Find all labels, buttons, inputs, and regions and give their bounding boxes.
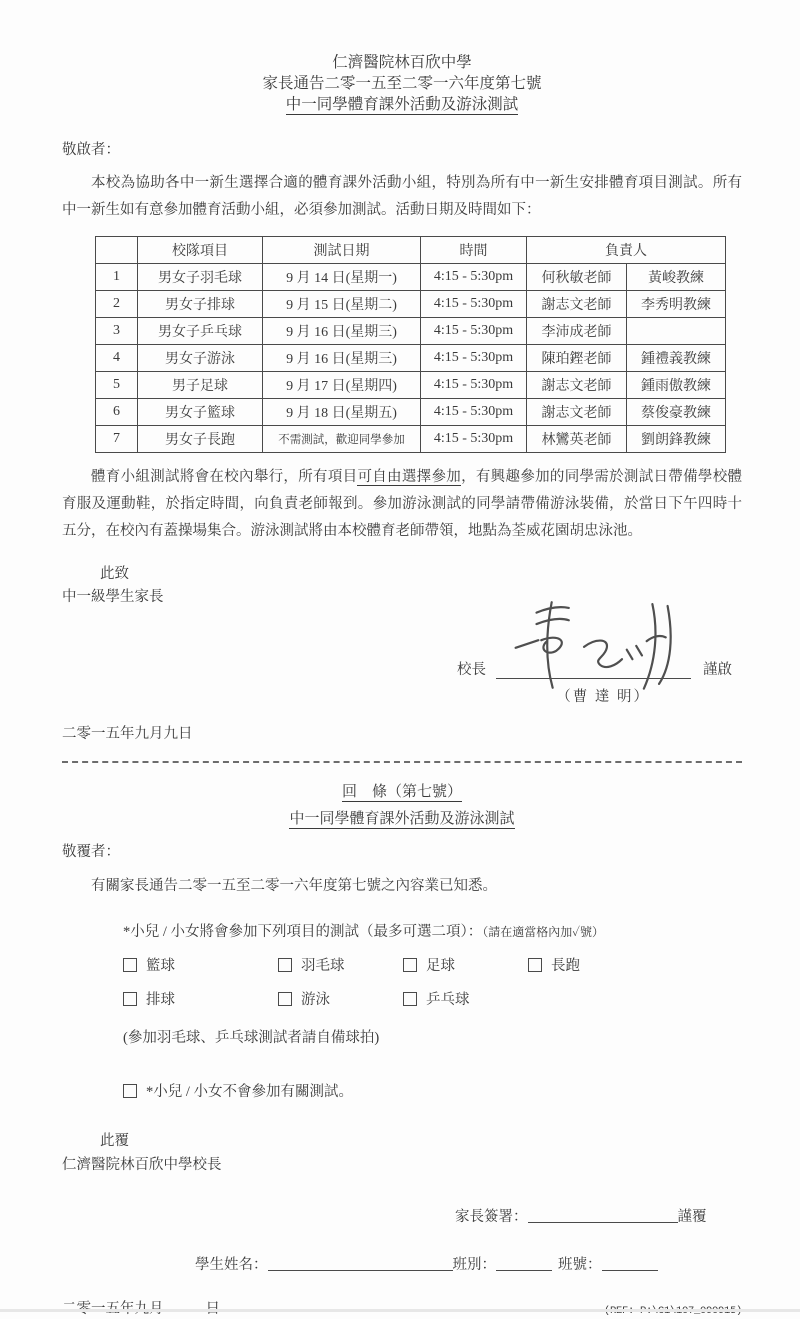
cell-teacher: 謝志文老師 — [527, 399, 627, 426]
cell-date: 9 月 17 日(星期四) — [263, 372, 421, 399]
bottom-row: 二零一五年九月日 (REF: P:\C1\107_090915) — [62, 1297, 742, 1318]
letter-closing: 此致 — [100, 562, 742, 583]
class-label: 班別： — [453, 1257, 497, 1273]
checkbox-swimming[interactable] — [278, 992, 292, 1006]
reply-addressee: 仁濟醫院林百欣中學校長 — [62, 1153, 742, 1174]
col-header-person-in-charge: 負責人 — [527, 237, 726, 264]
cell-team: 男女子籃球 — [138, 399, 263, 426]
cell-teacher: 林鸞英老師 — [527, 426, 627, 453]
parent-sign-label: 家長簽署： — [455, 1209, 528, 1225]
racket-note: (參加羽毛球、乒乓球測試者請自備球拍) — [123, 1026, 742, 1047]
cell-team: 男女子游泳 — [138, 345, 263, 372]
cell-team: 男女子長跑 — [138, 426, 263, 453]
reply-date-line: 二零一五年九月日 — [62, 1297, 220, 1318]
col-header-team: 校隊項目 — [138, 237, 263, 264]
cell-time: 4:15 - 5:30pm — [421, 345, 527, 372]
cell-index: 3 — [96, 318, 138, 345]
options-row-1: 籃球 羽毛球 足球 長跑 — [123, 954, 742, 975]
student-name-field[interactable] — [268, 1256, 453, 1271]
cell-index: 4 — [96, 345, 138, 372]
cell-index: 6 — [96, 399, 138, 426]
letter-paragraph-1: 本校為協助各中一新生選擇合適的體育課外活動小組，特別為所有中一新生安排體育項目測… — [62, 170, 742, 224]
cell-coach: 黃峻教練 — [627, 264, 726, 291]
parent-signature-field[interactable] — [528, 1208, 678, 1223]
cell-team: 男女子乒乓球 — [138, 318, 263, 345]
option-basketball: 籃球 — [123, 954, 278, 975]
cell-team: 男女子羽毛球 — [138, 264, 263, 291]
option-volleyball: 排球 — [123, 988, 278, 1009]
cell-teacher: 謝志文老師 — [527, 372, 627, 399]
col-header-index — [96, 237, 138, 264]
acknowledgement-line: 有關家長通告二零一五至二零一六年度第七號之內容業已知悉。 — [62, 874, 742, 895]
table-row: 2 男女子排球 9 月 15 日(星期二) 4:15 - 5:30pm 謝志文老… — [96, 291, 726, 318]
cell-time: 4:15 - 5:30pm — [421, 318, 527, 345]
cell-teacher: 何秋敏老師 — [527, 264, 627, 291]
cell-coach: 劉朗鋒教練 — [627, 426, 726, 453]
notice-subject: 中一同學體育課外活動及游泳測試 — [62, 94, 742, 115]
letterhead: 仁濟醫院林百欣中學 家長通告二零一五至二零一六年度第七號 中一同學體育課外活動及… — [62, 0, 742, 115]
table-header-row: 校隊項目 測試日期 時間 負責人 — [96, 237, 726, 264]
cell-team: 男女子排球 — [138, 291, 263, 318]
checkbox-decline[interactable] — [123, 1084, 137, 1098]
principal-signature-field[interactable] — [496, 675, 691, 679]
cell-teacher: 陳珀鏗老師 — [527, 345, 627, 372]
options-row-2: 排球 游泳 乒乓球 — [123, 988, 742, 1009]
cell-index: 7 — [96, 426, 138, 453]
option-football: 足球 — [403, 954, 528, 975]
class-no-field[interactable] — [602, 1256, 658, 1271]
checkbox-volleyball[interactable] — [123, 992, 137, 1006]
principal-signature — [508, 596, 698, 692]
cell-index: 1 — [96, 264, 138, 291]
cell-coach: 鍾雨傲教練 — [627, 372, 726, 399]
table-row: 6 男女子籃球 9 月 18 日(星期五) 4:15 - 5:30pm 謝志文老… — [96, 399, 726, 426]
cell-date: 9 月 18 日(星期五) — [263, 399, 421, 426]
checkbox-basketball[interactable] — [123, 958, 137, 972]
table-row: 3 男女子乒乓球 9 月 16 日(星期三) 4:15 - 5:30pm 李沛成… — [96, 318, 726, 345]
cell-teacher: 謝志文老師 — [527, 291, 627, 318]
option-table-tennis: 乒乓球 — [403, 988, 528, 1009]
letter-paragraph-2: 體育小組測試將會在校內舉行，所有項目可自由選擇參加，有興趣參加的同學需於測試日帶… — [62, 464, 742, 545]
respectfully-label: 謹啟 — [703, 658, 732, 679]
col-header-time: 時間 — [421, 237, 527, 264]
cell-time: 4:15 - 5:30pm — [421, 291, 527, 318]
col-header-date: 測試日期 — [263, 237, 421, 264]
checkbox-football[interactable] — [403, 958, 417, 972]
student-name-label: 學生姓名： — [195, 1257, 268, 1273]
decline-option: *小兒 / 小女不會參加有關測試。 — [123, 1080, 742, 1101]
cell-time: 4:15 - 5:30pm — [421, 264, 527, 291]
cell-time: 4:15 - 5:30pm — [421, 372, 527, 399]
scanned-notice-page: 仁濟醫院林百欣中學 家長通告二零一五至二零一六年度第七號 中一同學體育課外活動及… — [0, 0, 800, 1319]
cell-coach: 鍾禮義教練 — [627, 345, 726, 372]
letter-date: 二零一五年九月九日 — [62, 722, 742, 743]
parent-signature-row: 家長簽署：謹覆 — [62, 1205, 742, 1226]
scan-edge-artifact — [0, 1309, 800, 1312]
option-long-distance: 長跑 — [528, 954, 580, 975]
cut-line-divider — [62, 761, 742, 763]
class-field[interactable] — [496, 1256, 552, 1271]
school-name: 仁濟醫院林百欣中學 — [62, 52, 742, 73]
cell-teacher: 李沛成老師 — [527, 318, 627, 345]
cell-date: 不需測試，歡迎同學參加 — [263, 426, 421, 453]
cell-index: 5 — [96, 372, 138, 399]
cell-coach — [627, 318, 726, 345]
checkbox-table-tennis[interactable] — [403, 992, 417, 1006]
cell-date: 9 月 15 日(星期二) — [263, 291, 421, 318]
principal-signature-row: 校長 — [62, 658, 742, 679]
cell-coach: 蔡俊豪教練 — [627, 399, 726, 426]
principal-label: 校長 — [457, 658, 486, 679]
cell-date: 9 月 16 日(星期三) — [263, 318, 421, 345]
table-row: 1 男女子羽毛球 9 月 14 日(星期一) 4:15 - 5:30pm 何秋敏… — [96, 264, 726, 291]
reply-closing: 此覆 — [100, 1129, 742, 1150]
cell-date: 9 月 14 日(星期一) — [263, 264, 421, 291]
cell-date: 9 月 16 日(星期三) — [263, 345, 421, 372]
choose-instruction: *小兒 / 小女將會參加下列項目的測試（最多可選二項）：（請在適當格內加✓號） — [123, 920, 742, 941]
letter-salutation: 敬啟者： — [62, 138, 742, 159]
reply-salutation: 敬覆者： — [62, 840, 742, 861]
cell-time: 4:15 - 5:30pm — [421, 426, 527, 453]
checkbox-badminton[interactable] — [278, 958, 292, 972]
cell-coach: 李秀明教練 — [627, 291, 726, 318]
table-row: 4 男女子游泳 9 月 16 日(星期三) 4:15 - 5:30pm 陳珀鏗老… — [96, 345, 726, 372]
cell-time: 4:15 - 5:30pm — [421, 399, 527, 426]
option-badminton: 羽毛球 — [278, 954, 403, 975]
cell-team: 男子足球 — [138, 372, 263, 399]
tick-note: （請在適當格內加✓號） — [482, 925, 604, 939]
student-info-row: 學生姓名：班別：班號： — [62, 1253, 742, 1274]
cell-index: 2 — [96, 291, 138, 318]
underlined-phrase: 可自由選擇參加 — [357, 469, 461, 486]
class-no-label: 班號： — [558, 1257, 602, 1273]
parent-sign-suffix: 謹覆 — [678, 1209, 707, 1225]
reply-slip-subject: 中一同學體育課外活動及游泳測試 — [62, 807, 742, 828]
option-swimming: 游泳 — [278, 988, 403, 1009]
notice-number-line: 家長通告二零一五至二零一六年度第七號 — [62, 73, 742, 94]
test-schedule-table: 校隊項目 測試日期 時間 負責人 1 男女子羽毛球 9 月 14 日(星期一) … — [95, 236, 726, 453]
checkbox-long-distance[interactable] — [528, 958, 542, 972]
table-row: 7 男女子長跑 不需測試，歡迎同學參加 4:15 - 5:30pm 林鸞英老師 … — [96, 426, 726, 453]
table-row: 5 男子足球 9 月 17 日(星期四) 4:15 - 5:30pm 謝志文老師… — [96, 372, 726, 399]
reply-slip-title: 回 條（第七號） — [62, 780, 742, 801]
